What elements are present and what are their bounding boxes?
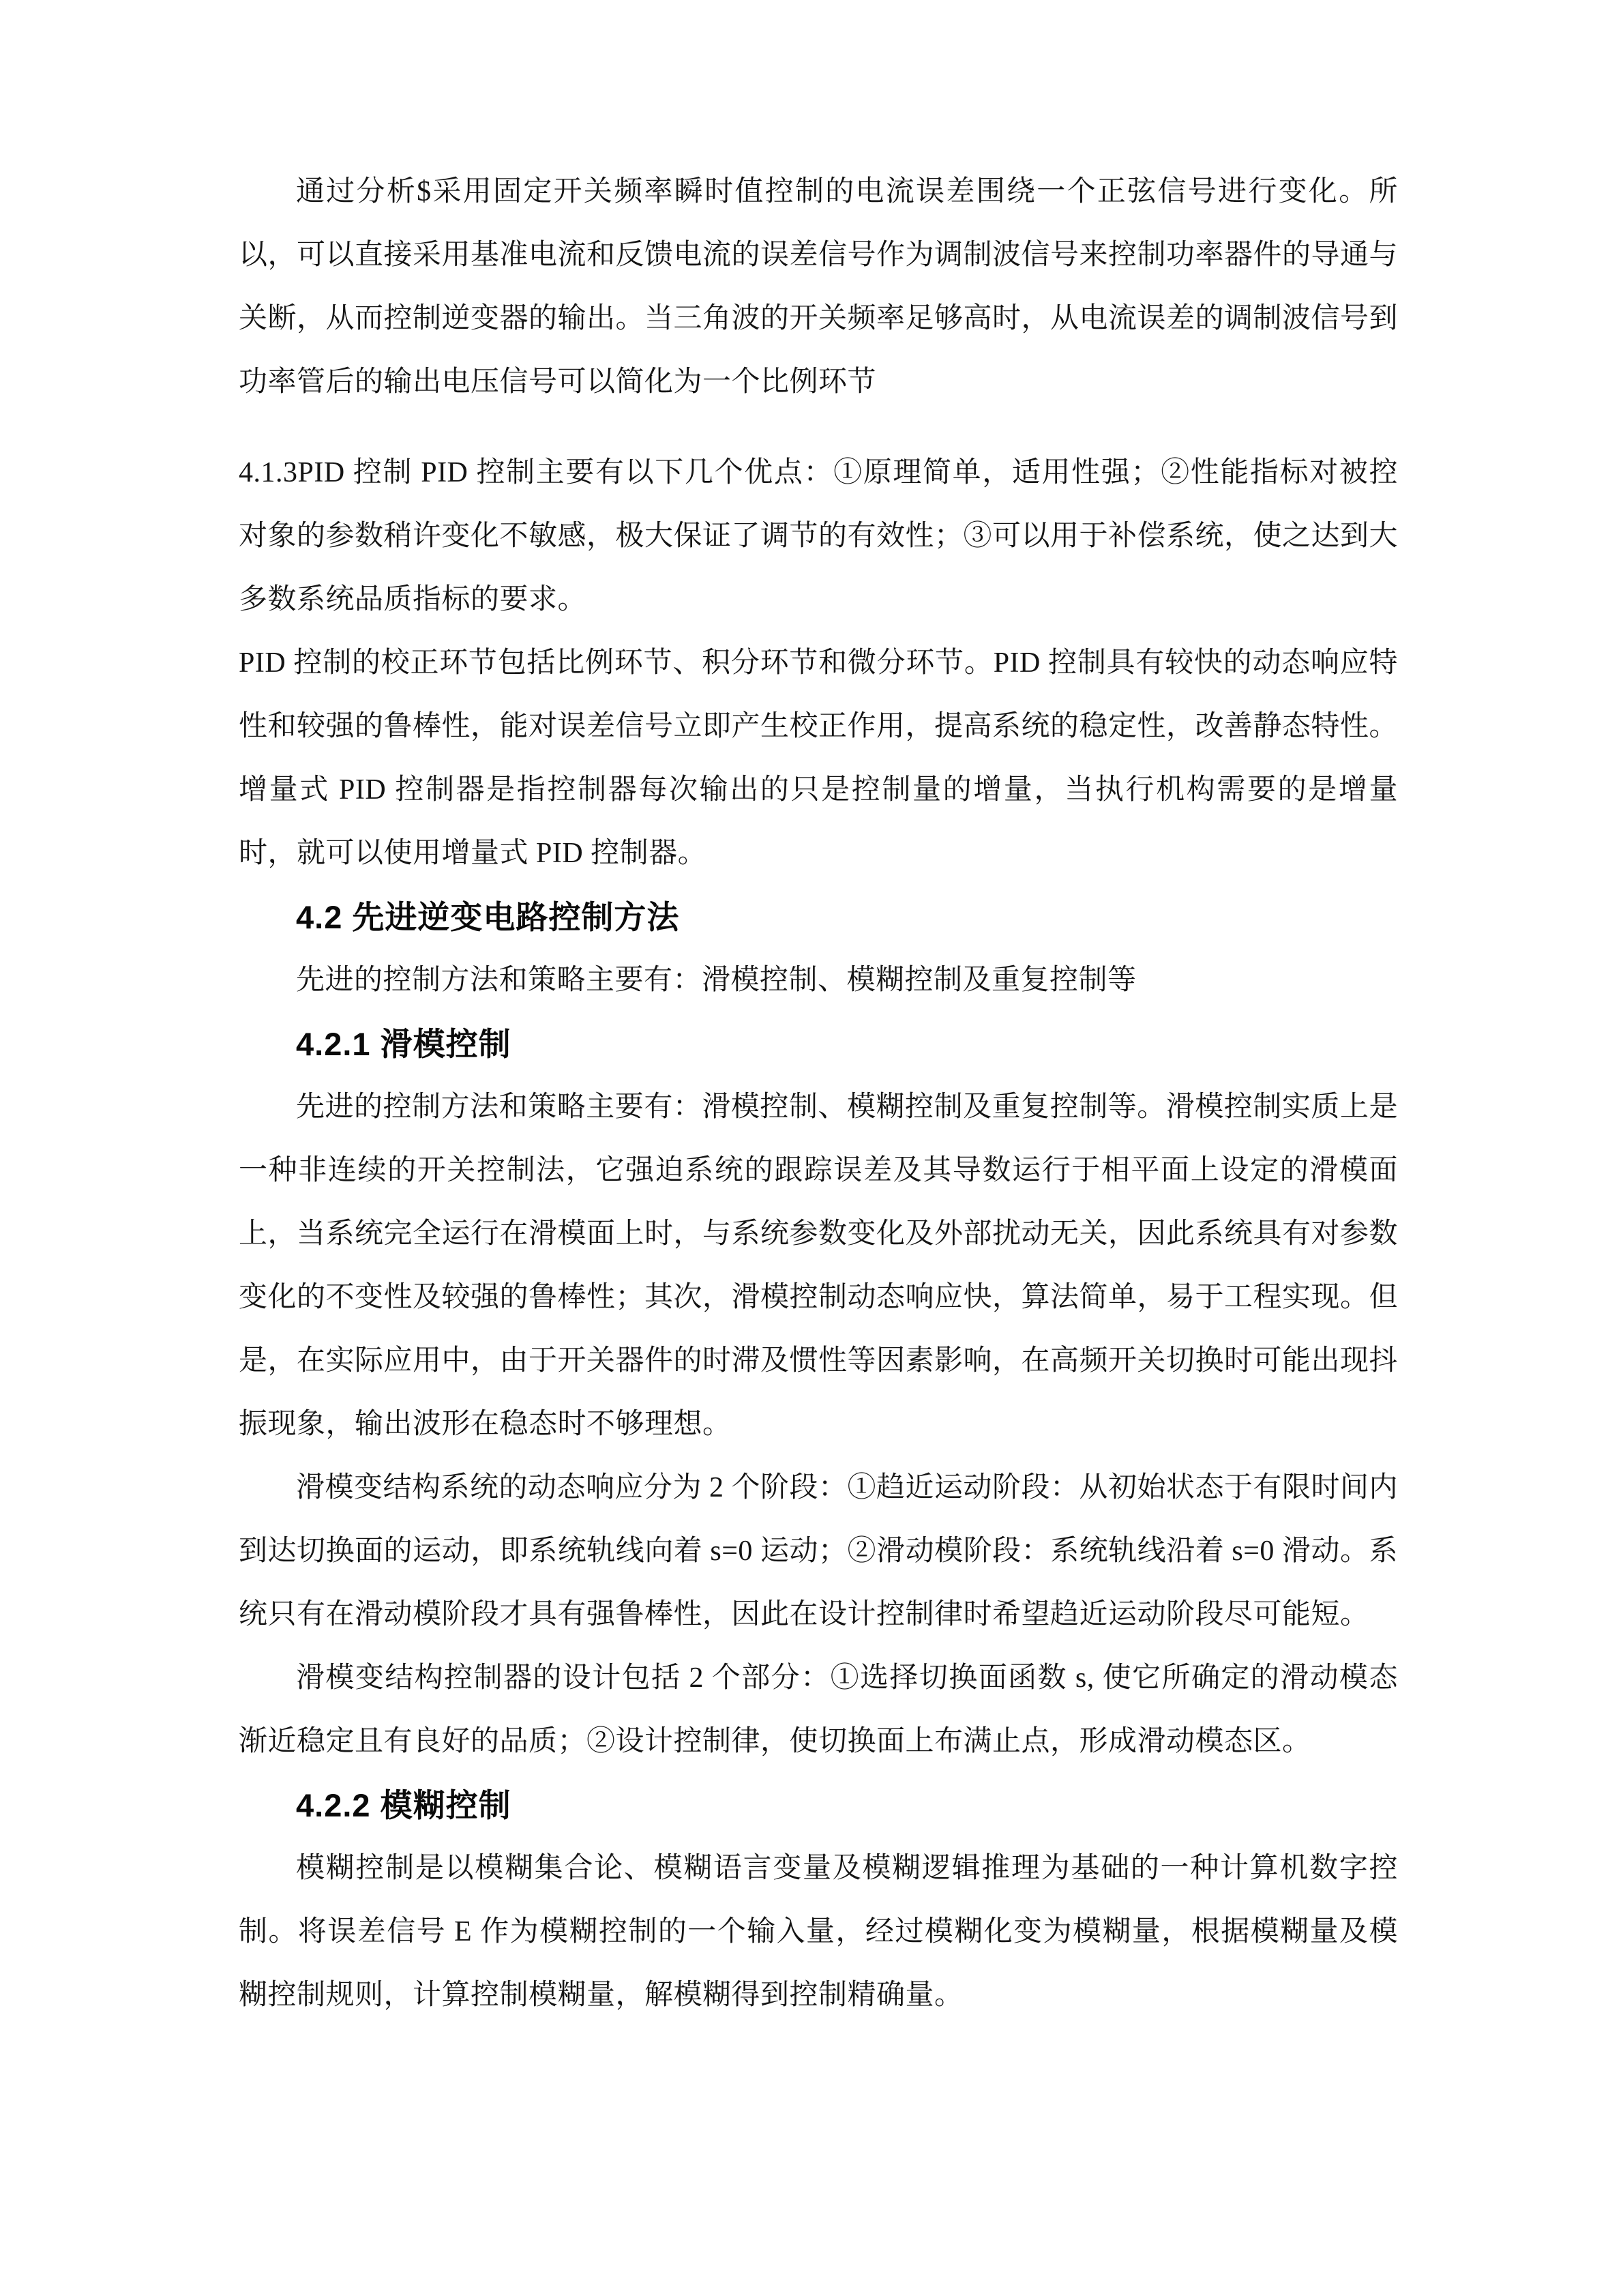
- section-heading-4-2-1: 4.2.1 滑模控制: [239, 1012, 1398, 1076]
- paragraph-sliding-design: 滑模变结构控制器的设计包括 2 个部分：①选择切换面函数 s, 使它所确定的滑动…: [239, 1647, 1398, 1773]
- paragraph-fuzzy-control: 模糊控制是以模糊集合论、模糊语言变量及模糊逻辑推理为基础的一种计算机数字控制。将…: [239, 1837, 1398, 2027]
- paragraph-intro: 通过分析$采用固定开关频率瞬时值控制的电流误差围绕一个正弦信号进行变化。所以，可…: [239, 160, 1398, 414]
- paragraph-pid-correction: PID 控制的校正环节包括比例环节、积分环节和微分环节。PID 控制具有较快的动…: [239, 632, 1398, 885]
- paragraph-advanced-methods: 先进的控制方法和策略主要有：滑模控制、模糊控制及重复控制等: [239, 949, 1398, 1012]
- paragraph-pid-advantages: 4.1.3PID 控制 PID 控制主要有以下几个优点：①原理简单，适用性强；②…: [239, 441, 1398, 632]
- section-heading-4-2-2: 4.2.2 模糊控制: [239, 1773, 1398, 1837]
- paragraph-sliding-mode: 先进的控制方法和策略主要有：滑模控制、模糊控制及重复控制等。滑模控制实质上是一种…: [239, 1076, 1398, 1456]
- paragraph-sliding-stages: 滑模变结构系统的动态响应分为 2 个阶段：①趋近运动阶段：从初始状态于有限时间内…: [239, 1456, 1398, 1647]
- section-heading-4-2: 4.2 先进逆变电路控制方法: [239, 885, 1398, 949]
- document-page: 通过分析$采用固定开关频率瞬时值控制的电流误差围绕一个正弦信号进行变化。所以，可…: [0, 0, 1623, 2296]
